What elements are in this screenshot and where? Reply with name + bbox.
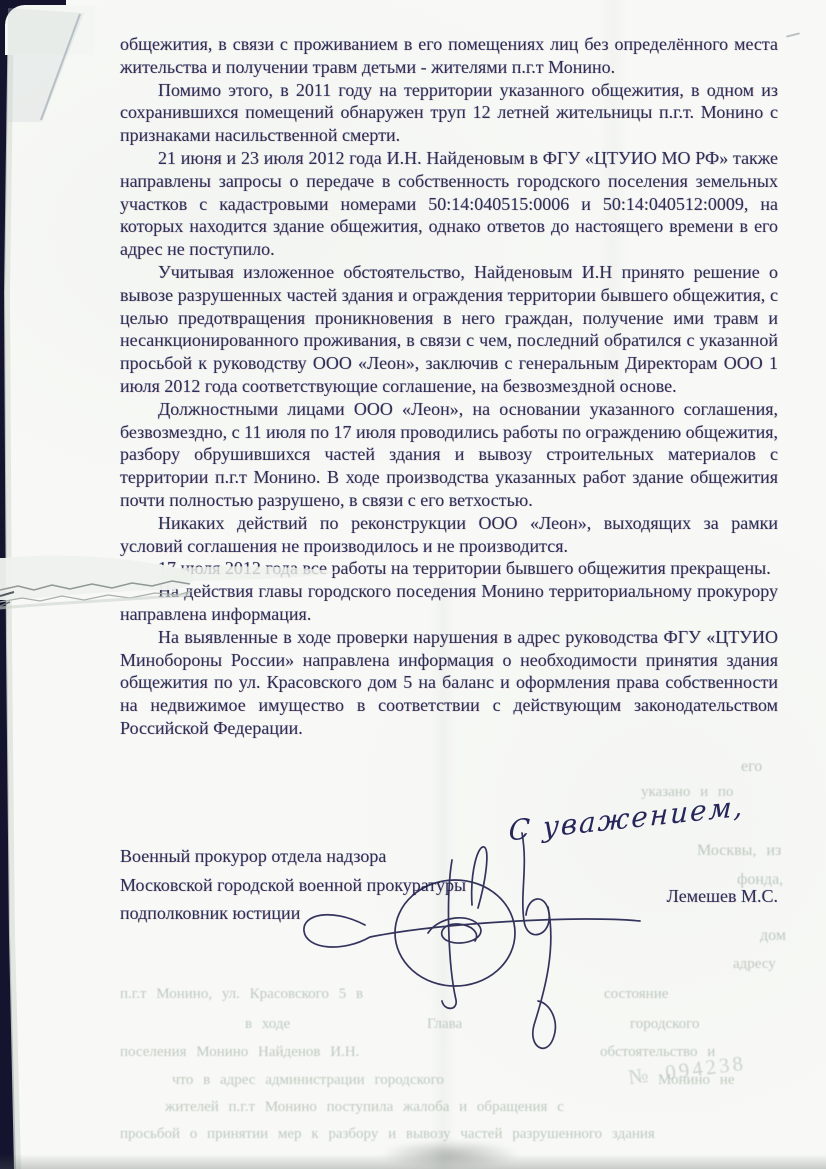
bleedthrough-fragment: просьбой о принятии мер к разбору и выво…: [120, 1126, 655, 1143]
paragraph-1: общежития, в связи с проживанием в его п…: [120, 33, 778, 79]
paragraph-3: 21 июня и 23 июля 2012 года И.Н. Найдено…: [120, 147, 778, 261]
document-body: общежития, в связи с проживанием в его п…: [120, 33, 778, 740]
scanned-document-page: егоуказано и поМосквы, изфонда,домадресу…: [0, 0, 826, 1169]
bleedthrough-fragment: Москвы, из: [697, 842, 781, 860]
bleedthrough-fragment: его: [741, 758, 762, 776]
bottom-smudge: [380, 1140, 520, 1169]
stray-pen-mark: [786, 32, 800, 37]
bleedthrough-fragment: дом: [760, 927, 786, 945]
corner-fold-crease: [0, 0, 140, 150]
bleedthrough-fragment: адресу: [733, 956, 776, 973]
paragraph-9: На выявленные в ходе проверки нарушения …: [120, 626, 778, 740]
bleedthrough-fragment: в ходе: [245, 1016, 290, 1033]
bleedthrough-fragment: Монино не: [658, 1072, 734, 1089]
bleedthrough-fragment: жителей п.г.т Монино поступила жалоба и …: [165, 1099, 564, 1116]
paper-tear: [0, 540, 380, 625]
paragraph-5: Должностными лицами ООО «Леон», на основ…: [120, 398, 778, 512]
paragraph-2: Помимо этого, в 2011 году на территории …: [120, 79, 778, 147]
paragraph-4: Учитывая изложенное обстоятельство, Найд…: [120, 261, 778, 398]
signature-scribble: [290, 775, 660, 1080]
